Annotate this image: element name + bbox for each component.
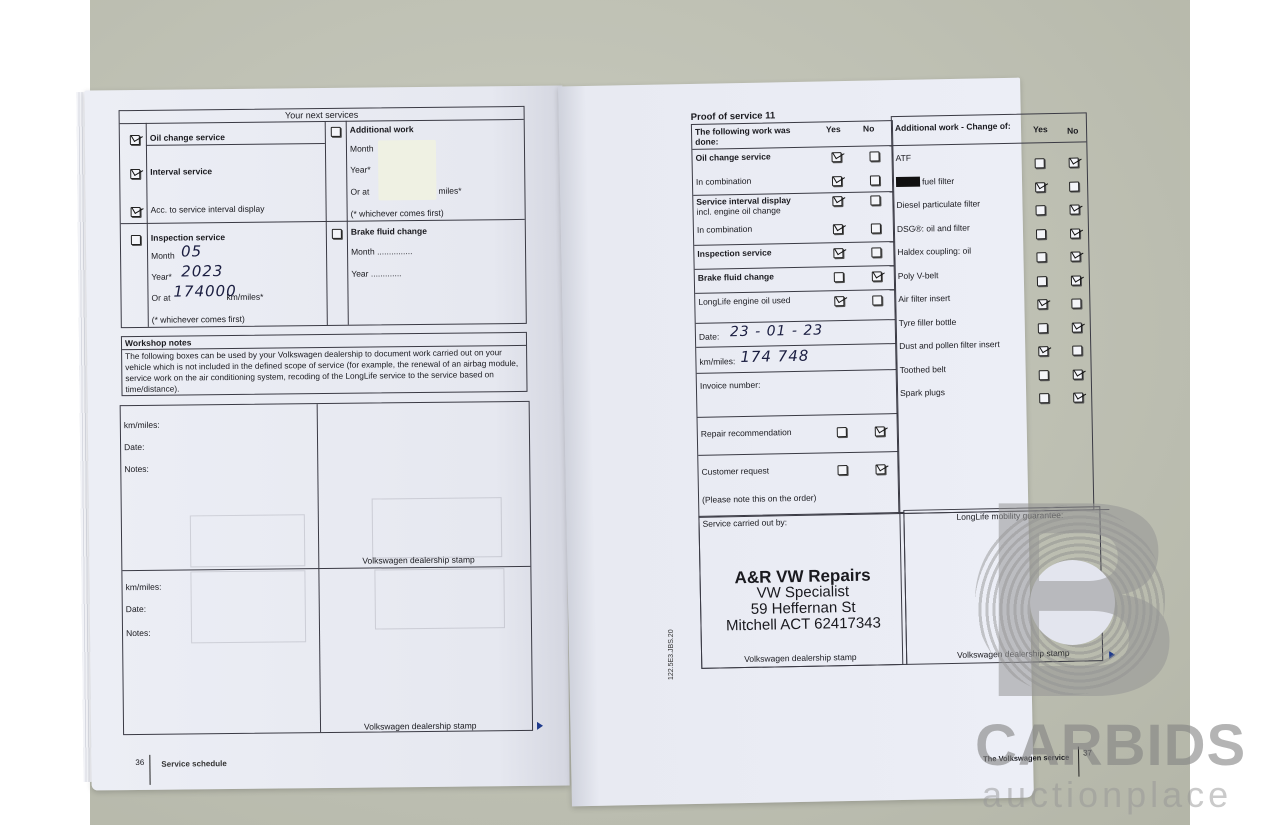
interval-service-checkbox[interactable] [130, 169, 140, 179]
work-row-yes-checkbox[interactable] [834, 272, 844, 282]
additional-row-no-checkbox[interactable] [1073, 369, 1083, 379]
work-row-no-checkbox[interactable] [870, 195, 880, 205]
additional-row-yes-checkbox[interactable] [1039, 393, 1049, 403]
ghost-stamp [374, 568, 505, 629]
workshop-notes-box: Workshop notes The following boxes can b… [121, 332, 528, 396]
brake-fluid-month-label: Month ............... [351, 246, 413, 257]
entry2-date-label: Date: [126, 604, 146, 614]
brake-fluid-year-label: Year ............. [351, 268, 401, 279]
work-row-yes-checkbox[interactable] [834, 296, 844, 306]
ghost-stamp [190, 514, 306, 567]
entry1-notes-label: Notes: [124, 464, 149, 474]
ghost-stamp [190, 570, 306, 643]
interval-service-label: Interval service [150, 166, 212, 177]
additional-row-yes-checkbox[interactable] [1035, 182, 1045, 192]
additional-row-label: Tyre filler bottle [899, 316, 957, 327]
proof-title: Proof of service 11 [691, 110, 776, 123]
additional-row-label: Diesel fuel filter [896, 175, 954, 186]
workshop-notes-title: Workshop notes [125, 337, 192, 348]
additional-work-label: Additional work [350, 124, 414, 135]
additional-row-yes-checkbox[interactable] [1036, 252, 1046, 262]
additional-row-yes-checkbox[interactable] [1036, 229, 1046, 239]
work-row-yes-checkbox[interactable] [832, 176, 842, 186]
work-row-no-checkbox[interactable] [869, 151, 879, 161]
work-row-label: In combination [697, 224, 752, 235]
correction-tape [378, 140, 437, 201]
entry1-date-label: Date: [124, 442, 144, 452]
entry2-notes-label: Notes: [126, 628, 151, 638]
work-row-label: Brake fluid change [698, 271, 774, 282]
additional-row-label: Poly V-belt [898, 270, 939, 281]
work-no-header: No [863, 123, 875, 133]
inspection-month-label: Month [151, 251, 175, 261]
additional-row-yes-checkbox[interactable] [1038, 346, 1048, 356]
repair-recommendation-no-checkbox[interactable] [875, 426, 885, 436]
additional-row-no-checkbox[interactable] [1073, 392, 1083, 402]
oil-change-label: Oil change service [150, 132, 225, 143]
additional-work-km-suffix: miles* [438, 186, 461, 196]
work-row-yes-checkbox[interactable] [832, 196, 842, 206]
brake-fluid-label: Brake fluid change [351, 226, 427, 237]
additional-row-label: ATF [895, 153, 911, 163]
additional-header: Additional work - Change of: [895, 121, 1011, 133]
additional-row-no-checkbox[interactable] [1071, 275, 1081, 285]
customer-request-no-checkbox[interactable] [875, 464, 885, 474]
left-page: Your next services Oil change service In… [84, 86, 569, 791]
work-row-sublabel: incl. engine oil change [696, 205, 780, 217]
work-row-yes-checkbox[interactable] [831, 152, 841, 162]
inspection-km-suffix: km/miles* [226, 292, 263, 302]
additional-row-yes-checkbox[interactable] [1037, 276, 1047, 286]
additional-row-yes-checkbox[interactable] [1038, 323, 1048, 333]
additional-row-no-checkbox[interactable] [1069, 181, 1079, 191]
inspection-label: Inspection service [151, 232, 225, 243]
additional-row-no-checkbox[interactable] [1069, 158, 1079, 168]
inspection-year-label: Year* [151, 272, 172, 282]
additional-row-yes-checkbox[interactable] [1037, 299, 1047, 309]
service-by-stamp-label: Volkswagen dealership stamp [744, 652, 857, 664]
oil-change-checkbox[interactable] [130, 135, 140, 145]
additional-work-footnote: (* whichever comes first) [351, 208, 444, 219]
work-table-header: The following work was done: [695, 125, 815, 147]
service-by-label: Service carried out by: [702, 517, 787, 529]
additional-work-or-at-label: Or at [350, 187, 369, 197]
additional-row-label: Spark plugs [900, 387, 945, 398]
additional-row-yes-checkbox[interactable] [1035, 158, 1045, 168]
work-row-label: In combination [696, 176, 751, 187]
km-label: km/miles: [699, 356, 735, 367]
customer-request-yes-checkbox[interactable] [837, 465, 847, 475]
additional-row-label: DSG®: oil and filter [897, 222, 970, 233]
watermark-tagline: auctionplace [982, 774, 1232, 816]
work-row-no-checkbox[interactable] [872, 295, 882, 305]
additional-row-no-checkbox[interactable] [1070, 252, 1080, 262]
spine-code: 122.5E3.JBS.20 [668, 629, 675, 680]
additional-yes-header: Yes [1033, 124, 1048, 134]
additional-row-no-checkbox[interactable] [1069, 205, 1079, 215]
entry1-km-label: km/miles: [124, 420, 160, 430]
additional-row-label: Toothed belt [900, 364, 947, 375]
dealer-city-phone: Mitchell ACT 62417343 [701, 615, 905, 635]
work-row-label: LongLife engine oil used [698, 295, 790, 307]
additional-work-year-label: Year* [350, 165, 371, 175]
additional-row-no-checkbox[interactable] [1072, 345, 1082, 355]
work-row-no-checkbox[interactable] [872, 271, 882, 281]
work-row-yes-checkbox[interactable] [833, 224, 843, 234]
additional-row-no-checkbox[interactable] [1070, 228, 1080, 238]
additional-row-label: Air filter insert [898, 293, 950, 304]
date-value[interactable]: 23 - 01 - 23 [730, 322, 824, 340]
invoice-label: Invoice number: [700, 380, 761, 391]
work-row-label: Oil change service [695, 151, 770, 162]
km-value[interactable]: 174 748 [740, 347, 809, 366]
additional-work-checkbox[interactable] [331, 127, 341, 137]
date-label: Date: [699, 331, 720, 341]
additional-work-table: Additional work - Change of: Yes No ATFD… [891, 112, 1095, 514]
additional-row-yes-checkbox[interactable] [1036, 205, 1046, 215]
work-row-yes-checkbox[interactable] [833, 248, 843, 258]
work-yes-header: Yes [826, 124, 841, 134]
acc-display-checkbox[interactable] [131, 207, 141, 217]
redacted-text: Diesel [896, 176, 920, 186]
additional-row-label: Diesel particulate filter [896, 198, 980, 210]
service-by-box: Service carried out by: A&R VW Repairs V… [698, 512, 907, 669]
ghost-stamp [372, 497, 503, 558]
work-row-no-checkbox[interactable] [871, 247, 881, 257]
work-row-no-checkbox[interactable] [871, 223, 881, 233]
acc-display-label: Acc. to service interval display [151, 204, 265, 215]
left-footer-section: Service schedule [161, 759, 226, 769]
entry2-stamp-label: Volkswagen dealership stamp [364, 720, 477, 731]
inspection-or-at-label: Or at [151, 293, 170, 303]
entry1-stamp-label: Volkswagen dealership stamp [362, 554, 475, 565]
additional-row-yes-checkbox[interactable] [1039, 370, 1049, 380]
repair-recommendation-label: Repair recommendation [701, 427, 792, 439]
additional-no-header: No [1067, 126, 1079, 136]
watermark-brand: CARBIDS [975, 712, 1246, 779]
inspection-month-value[interactable]: 05 [181, 242, 202, 260]
workshop-notes-description: The following boxes can be used by your … [125, 347, 522, 395]
work-row-label: Inspection service [697, 247, 771, 258]
inspection-footnote: (* whichever comes first) [152, 314, 245, 325]
additional-row-label: Haldex coupling: oil [897, 246, 971, 257]
inspection-checkbox[interactable] [131, 235, 141, 245]
additional-row-label: Dust and pollen filter insert [899, 339, 1000, 351]
right-page: Proof of service 11 The following work w… [558, 78, 1034, 807]
next-services-box: Your next services Oil change service In… [119, 106, 527, 328]
customer-request-note: (Please note this on the order) [702, 493, 817, 505]
work-row-no-checkbox[interactable] [870, 175, 880, 185]
additional-work-month-label: Month [350, 143, 374, 153]
watermark-logo-letter: B [980, 500, 1260, 715]
brake-fluid-checkbox[interactable] [332, 229, 342, 239]
additional-row-no-checkbox[interactable] [1071, 298, 1081, 308]
continue-arrow-icon [537, 722, 543, 730]
left-page-number: 36 [135, 758, 144, 767]
workshop-entries-box: km/miles: Date: Notes: Volkswagen dealer… [120, 401, 533, 735]
customer-request-label: Customer request [701, 466, 769, 477]
entry2-km-label: km/miles: [125, 582, 161, 592]
additional-row-no-checkbox[interactable] [1072, 322, 1082, 332]
dealer-stamp: A&R VW Repairs VW Specialist 59 Hefferna… [700, 567, 905, 635]
repair-recommendation-yes-checkbox[interactable] [837, 427, 847, 437]
inspection-year-value[interactable]: 2023 [181, 262, 223, 280]
